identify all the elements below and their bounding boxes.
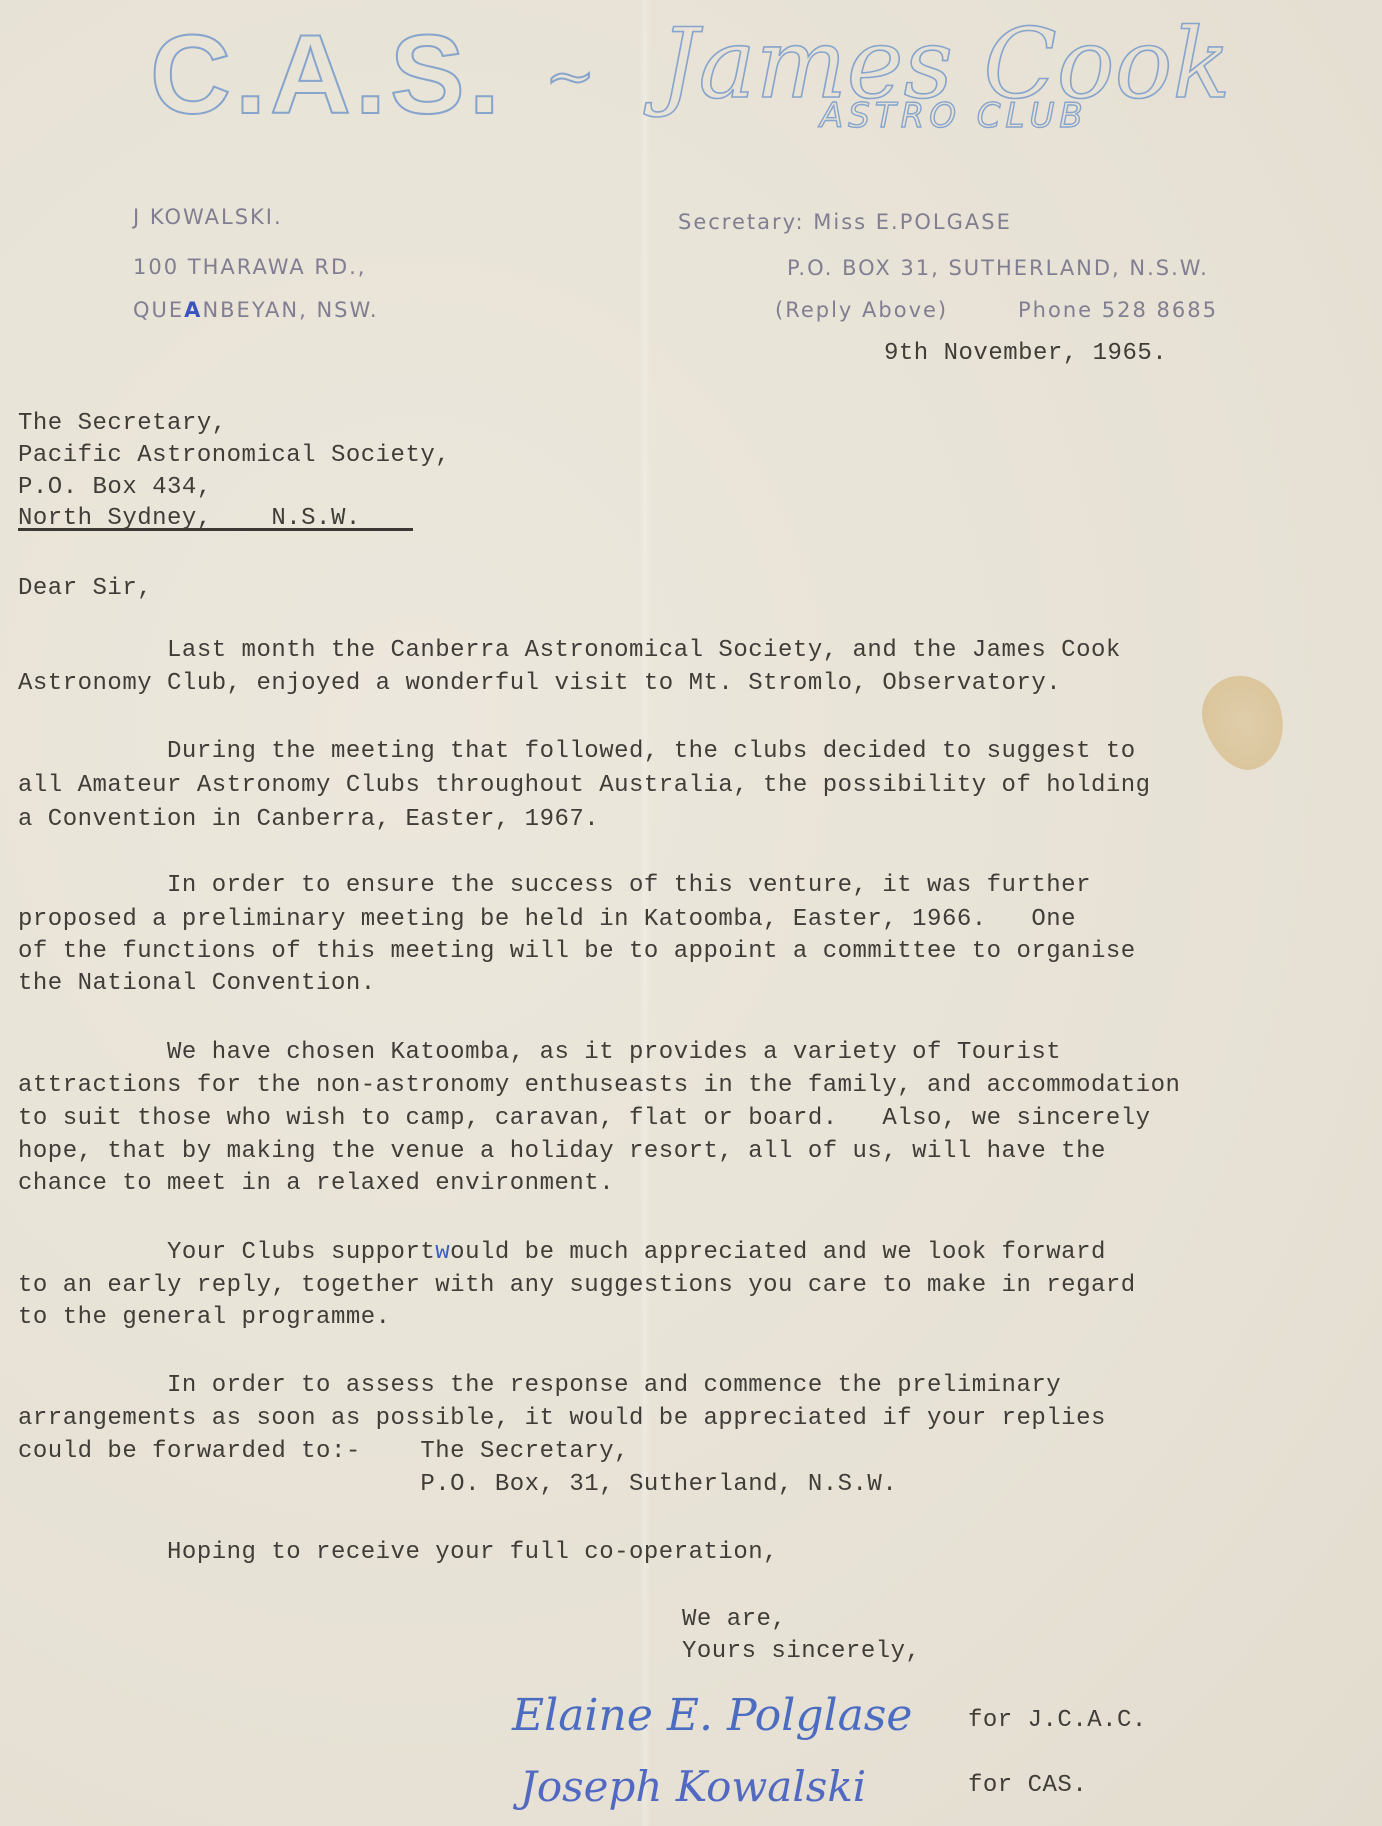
recipient-line-2: Pacific Astronomical Society, [18, 440, 450, 473]
signature-role-jcac: for J.C.A.C. [968, 1705, 1147, 1738]
paragraph-2-line-3: a Convention in Canberra, Easter, 1967. [18, 804, 599, 837]
recipient-line-3: P.O. Box 434, [18, 472, 212, 505]
signature-role-cas: for CAS. [968, 1770, 1087, 1803]
paragraph-2-line-2: all Amateur Astronomy Clubs throughout A… [18, 770, 1151, 803]
paragraph-4-line-5: chance to meet in a relaxed environment. [18, 1168, 614, 1201]
paragraph-5-line-1-end: ould be much appreciated and we look for… [450, 1239, 1106, 1266]
paragraph-1-line-1: Last month the Canberra Astronomical Soc… [18, 635, 1121, 668]
paragraph-1-line-2: Astronomy Club, enjoyed a wonderful visi… [18, 668, 1061, 701]
sender-city-rest: NBEYAN, NSW. [202, 298, 378, 322]
recipient-line-1: The Secretary, [18, 408, 227, 441]
paragraph-5-line-2: to an early reply, together with any sug… [18, 1270, 1136, 1303]
paragraph-5-line-1: Your Clubs supportwould be much apprecia… [18, 1237, 1106, 1270]
paragraph-5-line-1-start: Your Clubs support [18, 1239, 435, 1266]
paragraph-3-line-3: of the functions of this meeting will be… [18, 936, 1136, 969]
paragraph-6-line-3: could be forwarded to:- The Secretary, [18, 1436, 629, 1469]
letterhead-connector: ~ [545, 42, 595, 112]
sender-street: 100 THARAWA RD., [133, 255, 366, 279]
closing-line-2: Yours sincerely, [682, 1636, 920, 1669]
paragraph-6-line-2: arrangements as soon as possible, it wou… [18, 1403, 1106, 1436]
paragraph-3-line-4: the National Convention. [18, 968, 376, 1001]
paragraph-4-line-1: We have chosen Katoomba, as it provides … [18, 1037, 1061, 1070]
paragraph-3-line-2: proposed a preliminary meeting be held i… [18, 904, 1076, 937]
secretary-name: Secretary: Miss E.POLGASE [678, 210, 1012, 234]
paragraph-6-line-4: P.O. Box, 31, Sutherland, N.S.W. [18, 1469, 897, 1502]
letterhead-club-subtitle: ASTRO CLUB [820, 96, 1088, 136]
recipient-underline [18, 528, 413, 531]
handwritten-correction-w: w [435, 1239, 450, 1266]
paragraph-6-line-1: In order to assess the response and comm… [18, 1370, 1061, 1403]
handwritten-correction: A [184, 298, 202, 322]
sender-city: QUEANBEYAN, NSW. [133, 298, 379, 322]
signature-polglase: Elaine E. Polglase [512, 1690, 912, 1741]
coffee-stain [1192, 665, 1296, 779]
paragraph-4-line-2: attractions for the non-astronomy enthus… [18, 1070, 1180, 1103]
letter-date: 9th November, 1965. [884, 338, 1167, 371]
sender-name: J KOWALSKI. [133, 205, 283, 229]
paragraph-5-line-3: to the general programme. [18, 1302, 391, 1335]
salutation: Dear Sir, [18, 573, 152, 606]
signature-kowalski: Joseph Kowalski [520, 1762, 866, 1811]
paragraph-2-line-1: During the meeting that followed, the cl… [18, 736, 1136, 769]
paragraph-4-line-4: hope, that by making the venue a holiday… [18, 1136, 1106, 1169]
sender-city-prefix: QUE [133, 298, 184, 322]
paragraph-3-line-1: In order to ensure the success of this v… [18, 870, 1091, 903]
paragraph-4-line-3: to suit those who wish to camp, caravan,… [18, 1103, 1151, 1136]
secretary-address: P.O. BOX 31, SUTHERLAND, N.S.W. [787, 256, 1209, 280]
paragraph-7: Hoping to receive your full co-operation… [18, 1537, 778, 1570]
reply-note: (Reply Above) [775, 298, 948, 322]
closing-line-1: We are, [682, 1604, 786, 1637]
phone-number: Phone 528 8685 [1018, 298, 1218, 322]
letterhead-initials: C.A.S. [150, 10, 504, 139]
